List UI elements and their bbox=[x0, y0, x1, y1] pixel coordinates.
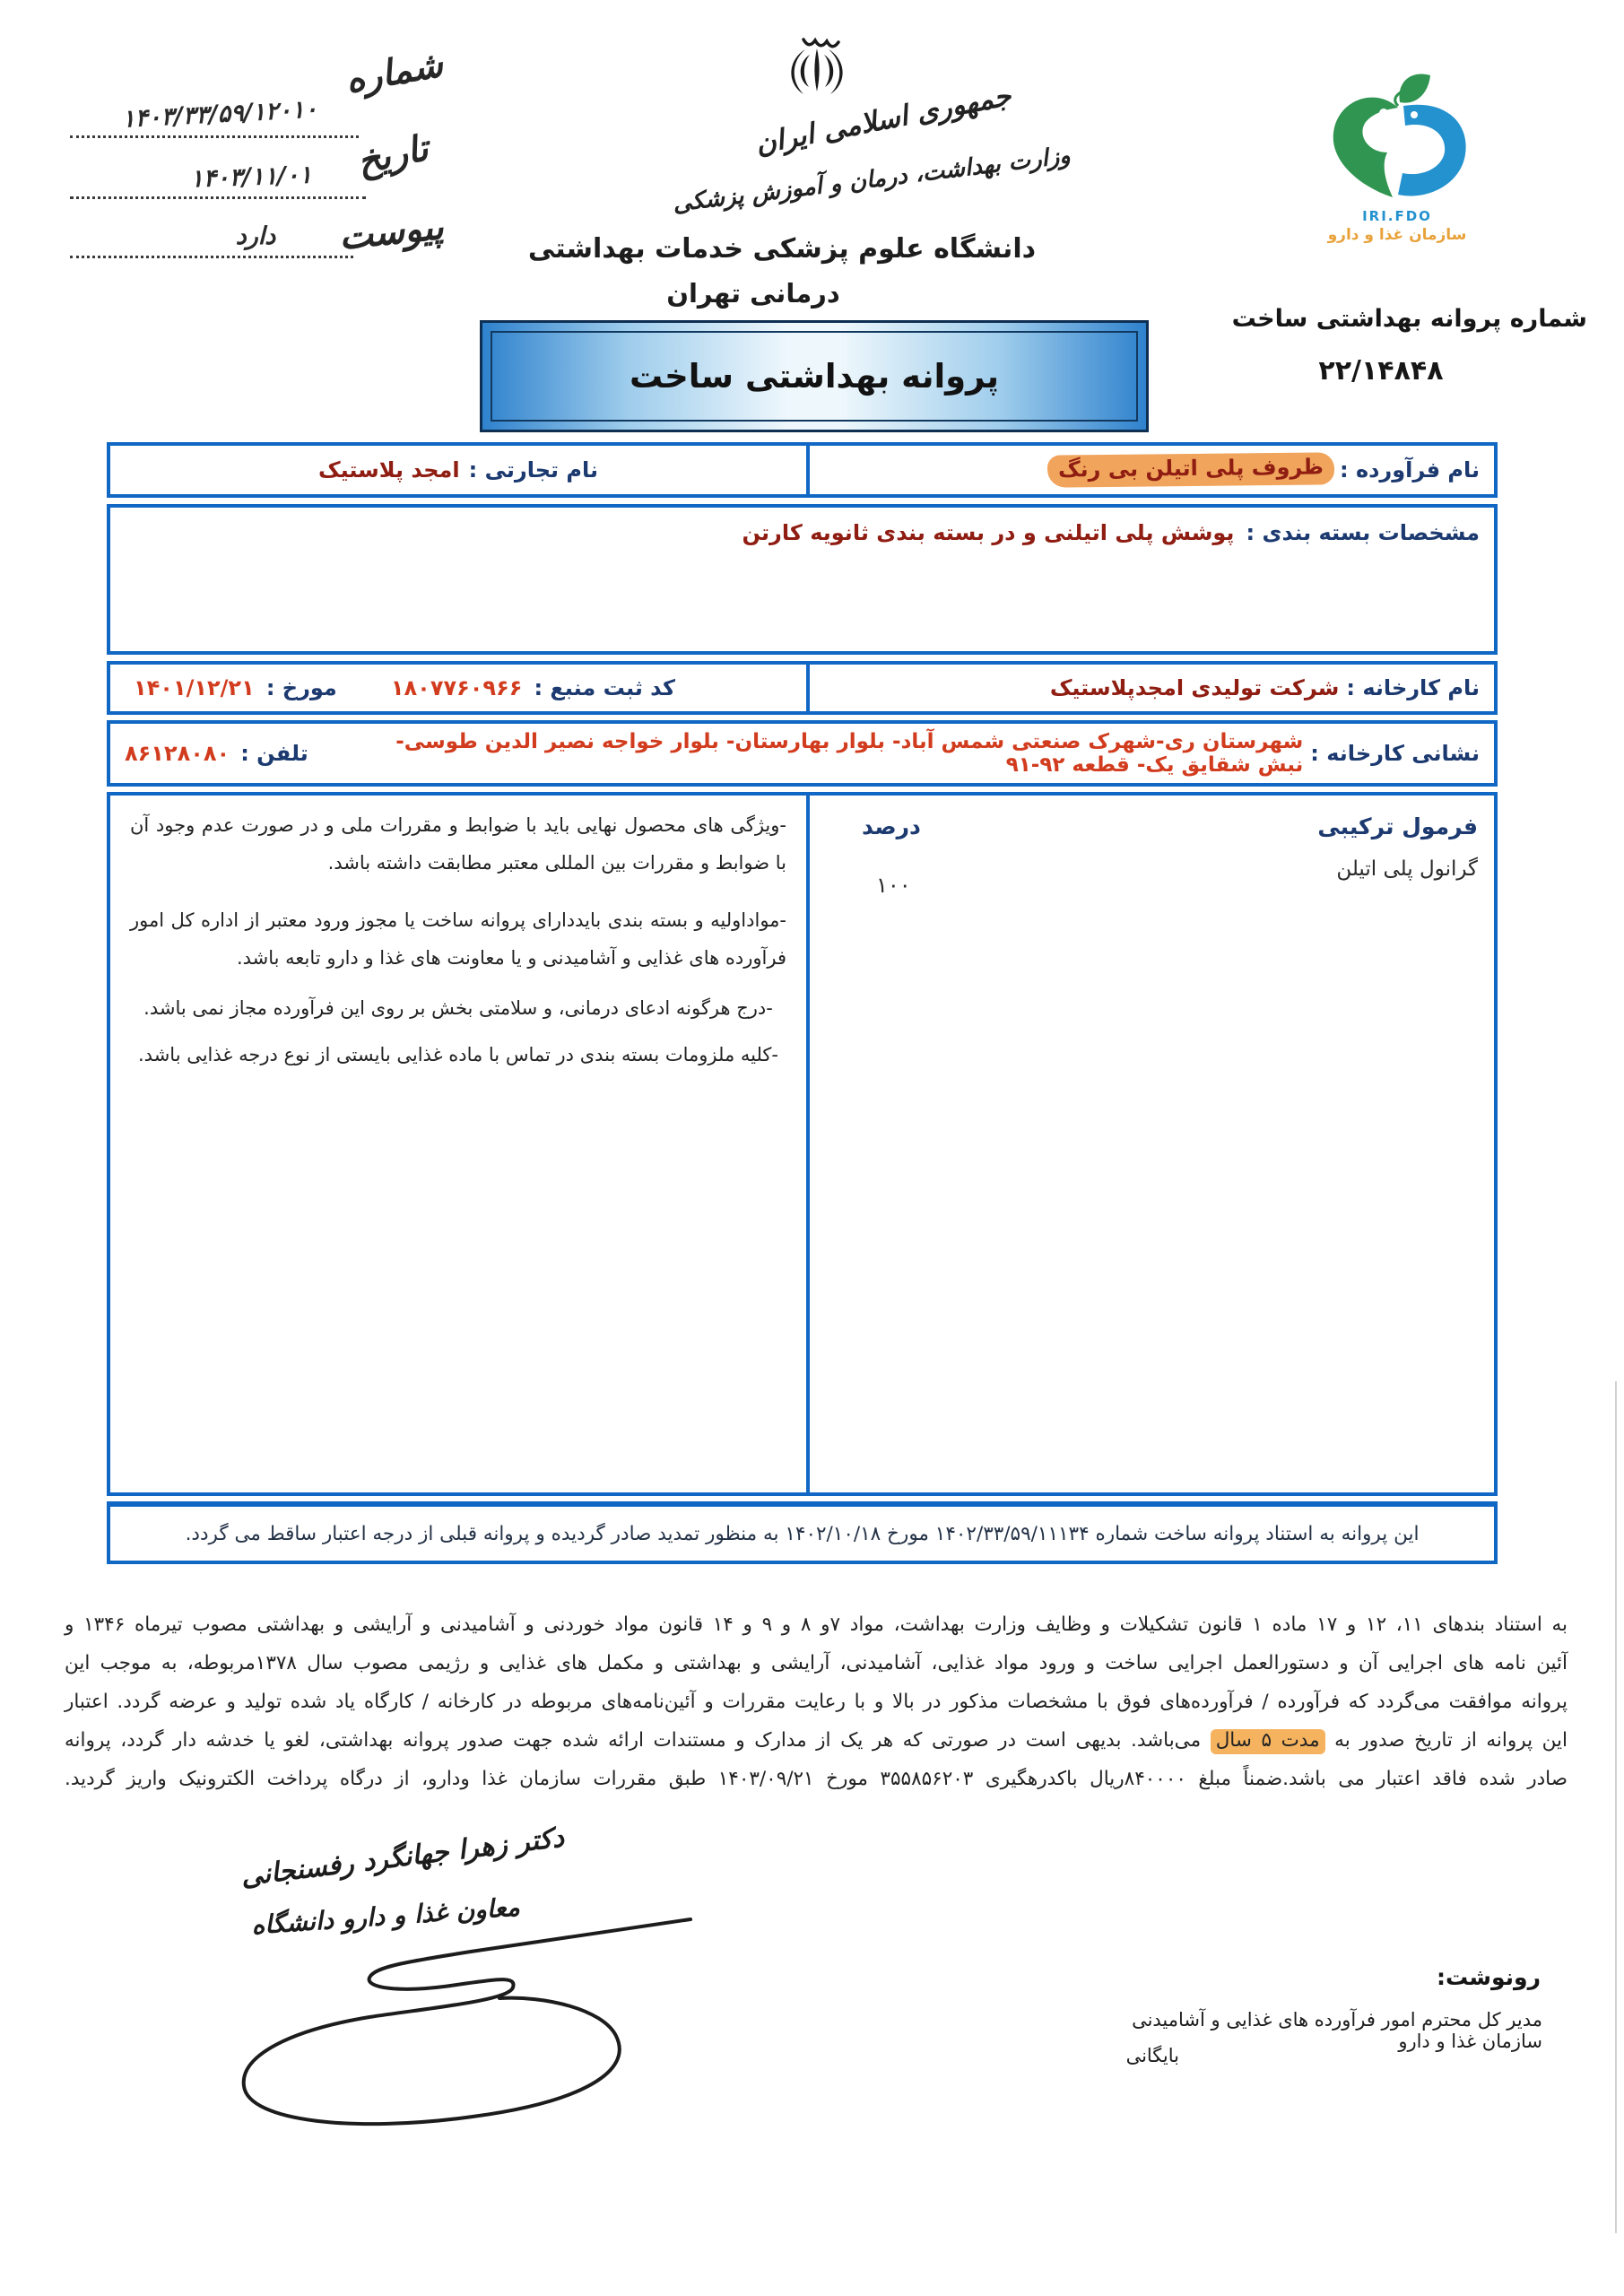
packaging-value: پوشش پلی اتیلنی و در بسته بندی ثانویه کا… bbox=[742, 520, 1234, 545]
legal-line-2: آئین نامه های اجرایی آن و دستورالعمل اجر… bbox=[65, 1644, 1568, 1683]
address-cell: نشانی کارخانه : شهرستان ری-شهرک صنعتی شم… bbox=[110, 724, 1494, 783]
fdo-org-name: سازمان غذا و دارو bbox=[1316, 226, 1478, 244]
ref-number-value: ۱۴۰۳/۳۳/۵۹/۱۲۰۱۰ bbox=[98, 94, 341, 135]
fdo-logo: IRI.FDO سازمان غذا و دارو bbox=[1316, 70, 1478, 244]
scan-edge-artifact bbox=[1615, 1381, 1617, 2233]
fdo-logo-icon bbox=[1316, 70, 1478, 204]
product-value-highlighted: ظروف پلی اتیلن بی رنگ bbox=[1047, 452, 1334, 487]
ref-date-label: تاریخ bbox=[353, 127, 431, 183]
reg-date-label: مورخ : bbox=[266, 675, 337, 700]
ref-number-dotted-line bbox=[70, 133, 359, 138]
row-address: نشانی کارخانه : شهرستان ری-شهرک صنعتی شم… bbox=[107, 720, 1498, 787]
product-label: نام فرآورده : bbox=[1340, 457, 1480, 483]
ref-number-label: شماره bbox=[343, 44, 446, 101]
university-name-line1: دانشگاه علوم پزشکی خدمات بهداشتی bbox=[534, 233, 1036, 265]
notes-cell: -ویژگی های محصول نهایی باید با ضوابط و م… bbox=[110, 796, 806, 1492]
ref-date-dotted-line bbox=[70, 194, 366, 199]
phone-label: تلفن : bbox=[240, 741, 308, 766]
percent-value: ۱۰۰ bbox=[876, 873, 911, 898]
regcode-date-cell: کد ثبت منبع : ۱۸۰۷۷۶۰۹۶۶ مورخ : ۱۴۰۱/۱۲/… bbox=[110, 665, 806, 711]
note-1: -ویژگی های محصول نهایی باید با ضوابط و م… bbox=[130, 806, 786, 882]
health-license-document: شماره ۱۴۰۳/۳۳/۵۹/۱۲۰۱۰ تاریخ ۱۴۰۳/۱۱/۰۱ … bbox=[0, 0, 1624, 2296]
factory-value: شرکت تولیدی امجدپلاستیک bbox=[1050, 675, 1340, 700]
note-2: -مواداولیه و بسته بندی بایددارای پروانه … bbox=[130, 901, 786, 977]
banner-title: پروانه بهداشتی ساخت bbox=[630, 357, 999, 396]
phone-value: ۸۶۱۲۸۰۸۰ bbox=[125, 741, 230, 766]
university-name-line2: درمانی تهران bbox=[556, 278, 951, 309]
ref-attachment-value: دارد bbox=[202, 222, 309, 250]
cc-item-2: بایگانی bbox=[1072, 2045, 1179, 2066]
reg-date-group: مورخ : ۱۴۰۱/۱۲/۲۱ bbox=[134, 675, 337, 700]
percent-header: درصد bbox=[862, 813, 921, 839]
legal-line-5: صادر شده فاقد اعتبار می باشد.ضمناً مبلغ … bbox=[65, 1760, 1568, 1798]
legal-line-4-pre: این پروانه از تاریخ صدور به bbox=[1325, 1729, 1568, 1752]
row-formula: فرمول ترکیبی گرانول پلی اتیلن درصد ۱۰۰ -… bbox=[107, 792, 1498, 1496]
legal-line-4-post: می‌باشد. بدیهی است در صورتی که هر یک از … bbox=[65, 1729, 1211, 1752]
ref-attachment-label: پیوست bbox=[337, 206, 446, 258]
row-product: نام فرآورده : ظروف پلی اتیلن بی رنگ نام … bbox=[107, 442, 1498, 498]
reg-code-value: ۱۸۰۷۷۶۰۹۶۶ bbox=[391, 675, 522, 700]
license-number-value: ۲۲/۱۴۸۴۸ bbox=[1273, 355, 1489, 387]
note-3: -درج هرگونه ادعای درمانی، و سلامتی بخش ب… bbox=[130, 989, 786, 1027]
row-packaging: مشخصات بسته بندی : پوشش پلی اتیلنی و در … bbox=[107, 504, 1498, 655]
factory-cell: نام کارخانه : شرکت تولیدی امجدپلاستیک bbox=[806, 665, 1494, 711]
trade-name-value: امجد پلاستیک bbox=[318, 457, 460, 483]
legal-line-3: پروانه موافقت می‌گردد که فرآورده / فرآور… bbox=[65, 1683, 1568, 1721]
legal-line-4: این پروانه از تاریخ صدور به مدت ۵ سال می… bbox=[65, 1721, 1568, 1760]
reg-code-group: کد ثبت منبع : ۱۸۰۷۷۶۰۹۶۶ bbox=[391, 675, 675, 700]
formula-header: فرمول ترکیبی bbox=[826, 813, 1478, 839]
reg-code-label: کد ثبت منبع : bbox=[534, 675, 675, 700]
legal-paragraph: به استناد بندهای ۱۱، ۱۲ و ۱۷ ماده ۱ قانو… bbox=[65, 1605, 1568, 1798]
formula-ingredient: گرانول پلی اتیلن bbox=[826, 857, 1478, 881]
signer-name: دکتر زهرا جهانگرد رفسنجانی bbox=[259, 1822, 566, 1890]
packaging-cell: مشخصات بسته بندی : پوشش پلی اتیلنی و در … bbox=[110, 508, 1494, 651]
address-label: نشانی کارخانه : bbox=[1310, 741, 1480, 766]
signature-icon bbox=[202, 1900, 704, 2145]
ref-attachment-dotted-line bbox=[70, 253, 353, 258]
legal-line-1: به استناد بندهای ۱۱، ۱۲ و ۱۷ ماده ۱ قانو… bbox=[65, 1605, 1568, 1644]
product-cell: نام فرآورده : ظروف پلی اتیلن بی رنگ bbox=[806, 446, 1494, 494]
renewal-statement: این پروانه به استناد پروانه ساخت شماره ۱… bbox=[110, 1507, 1494, 1561]
reg-date-value: ۱۴۰۱/۱۲/۲۱ bbox=[134, 675, 255, 700]
trade-name-label: نام تجارتی : bbox=[469, 457, 598, 483]
iran-emblem-icon bbox=[782, 30, 852, 113]
row-factory: نام کارخانه : شرکت تولیدی امجدپلاستیک کد… bbox=[107, 661, 1498, 715]
packaging-label: مشخصات بسته بندی : bbox=[1246, 520, 1480, 545]
legal-line-4-highlight: مدت ۵ سال bbox=[1211, 1729, 1325, 1754]
row-renewal: این پروانه به استناد پروانه ساخت شماره ۱… bbox=[107, 1501, 1498, 1564]
license-number-label: شماره پروانه بهداشتی ساخت bbox=[1251, 305, 1587, 333]
banner: پروانه بهداشتی ساخت bbox=[480, 320, 1149, 432]
address-value: شهرستان ری-شهرک صنعتی شمس آباد- بلوار به… bbox=[348, 730, 1303, 777]
fdo-acronym: IRI.FDO bbox=[1316, 208, 1478, 224]
factory-label: نام کارخانه : bbox=[1346, 675, 1480, 700]
formula-cell: فرمول ترکیبی گرانول پلی اتیلن درصد ۱۰۰ bbox=[806, 796, 1494, 1492]
ref-date-value: ۱۴۰۳/۱۱/۰۱ bbox=[161, 161, 342, 195]
trade-name-cell: نام تجارتی : امجد پلاستیک bbox=[110, 446, 806, 494]
cc-label: رونوشت: bbox=[1300, 1964, 1541, 1990]
note-4: -کلیه ملزومات بسته بندی در تماس با ماده … bbox=[130, 1036, 786, 1074]
